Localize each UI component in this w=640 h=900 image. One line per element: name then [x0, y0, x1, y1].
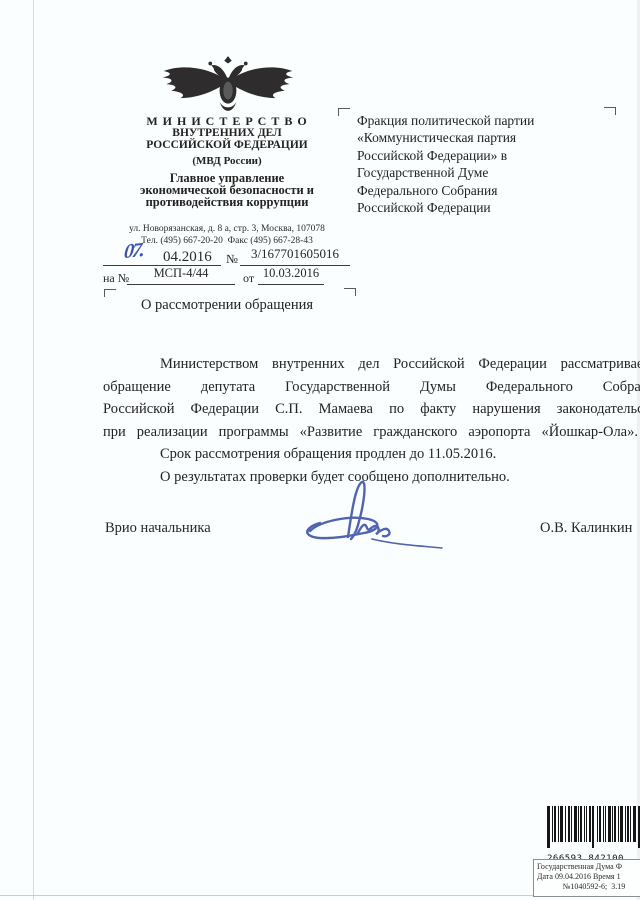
addressee-line: Российской Федерации» в: [357, 147, 617, 164]
number-sign: №: [226, 252, 238, 267]
addressee-line: Государственной Думе: [357, 164, 617, 181]
ministry-line: РОССИЙСКОЙ ФЕДЕРАЦИИ: [98, 140, 356, 152]
body-line: при реализации программы «Развитие гражд…: [103, 421, 638, 444]
letterhead-ministry: М И Н И С Т Е Р С Т В О ВНУТРЕННИХ ДЕЛ Р…: [98, 115, 356, 167]
postal-address: ул. Новорязанская, д. 8 а, стр. 3, Москв…: [98, 223, 356, 235]
mvd-eagle-emblem-icon: [158, 55, 298, 115]
subject-corner-mark-right: [344, 288, 356, 296]
letter-body: Министерством внутренних дел Российской …: [103, 353, 640, 489]
stamp-line: Государственная Дума Ф: [537, 862, 640, 872]
incoming-date: 10.03.2016: [258, 266, 324, 285]
letterhead-department: Главное управление экономической безопас…: [98, 172, 356, 208]
body-line: обращение депутата Государственной Думы …: [103, 376, 640, 399]
subject-corner-mark-left: [104, 289, 116, 297]
stamp-line: №1040592-6; 3.19: [537, 882, 640, 892]
ministry-line: (МВД России): [98, 155, 356, 167]
barcode-bars: [547, 806, 640, 850]
subject-line: О рассмотрении обращения: [98, 297, 356, 314]
body-line: Срок рассмотрения обращения продлен до 1…: [103, 443, 640, 466]
scanned-letter-page: М И Н И С Т Е Р С Т В О ВНУТРЕННИХ ДЕЛ Р…: [0, 0, 640, 900]
handwritten-day: 07.: [123, 239, 144, 264]
scan-fold-line: [33, 0, 34, 900]
outgoing-number: 3/167701605016: [240, 246, 350, 266]
body-line: Министерством внутренних дел Российской …: [103, 353, 640, 376]
addressee-line: «Коммунистическая партия: [357, 129, 617, 146]
on-number-label: на №: [103, 271, 129, 286]
from-label: от: [243, 271, 254, 286]
addressee-line: Российской Федерации: [357, 199, 617, 216]
body-line: Российской Федерации С.П. Мамаева по фак…: [103, 398, 640, 421]
registration-stamp: Государственная Дума Ф Дата 09.04.2016 В…: [533, 859, 640, 897]
stamp-line: Дата 09.04.2016 Время 1: [537, 872, 640, 882]
addressee-block: Фракция политической партии «Коммунистич…: [357, 112, 617, 216]
addressee-line: Фракция политической партии: [357, 112, 617, 129]
signer-position: Врио начальника: [105, 520, 211, 537]
incoming-number: МСП-4/44: [127, 266, 235, 285]
department-line: противодействия коррупции: [98, 196, 356, 208]
printed-date: 04.2016: [163, 249, 212, 266]
signer-name: О.В. Калинкин: [540, 520, 632, 537]
addressee-line: Федерального Собрания: [357, 182, 617, 199]
handwritten-signature: [292, 475, 457, 558]
barcode: 266593 842100: [547, 806, 640, 864]
ministry-line: ВНУТРЕННИХ ДЕЛ: [98, 128, 356, 140]
addressee-corner-mark-left: [338, 108, 350, 116]
